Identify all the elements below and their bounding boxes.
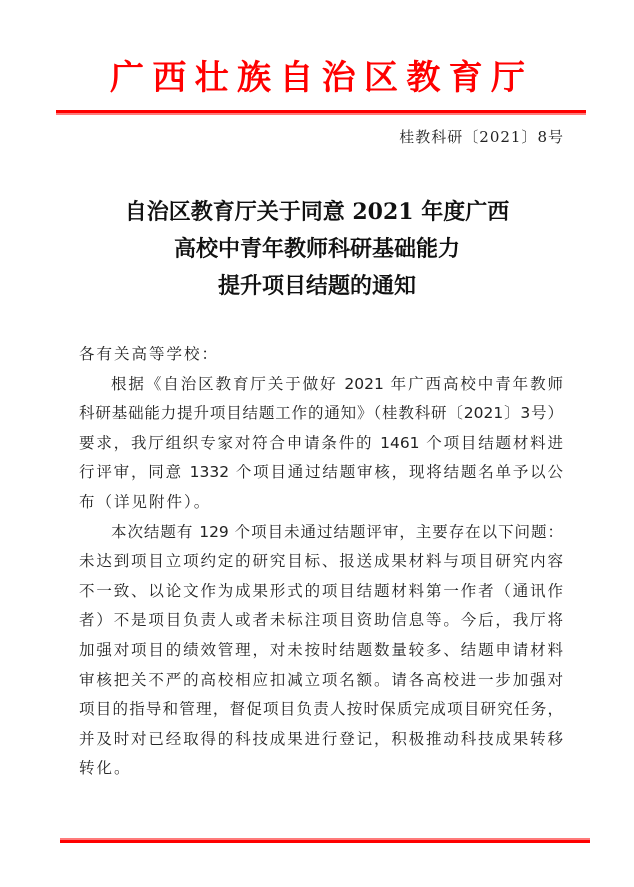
document-title: 自治区教育厅关于同意 2021 年度广西 高校中青年教师科研基础能力 提升项目结…: [100, 194, 534, 305]
paragraph-line: 者）不是项目负责人或者未标注项目资助信息等。今后，我厅将: [79, 606, 563, 636]
header-red-rule: [56, 110, 586, 115]
title-line-2: 高校中青年教师科研基础能力: [100, 231, 534, 268]
paragraph-line: 布（详见附件）。: [79, 488, 563, 518]
document-page: 广西壮族自治区教育厅 桂教科研〔2021〕8号 自治区教育厅关于同意 2021 …: [0, 0, 634, 887]
paragraph-line: 审核把关不严的高校相应扣减立项名额。请各高校进一步加强对: [79, 666, 563, 696]
footer-red-rule: [60, 838, 590, 843]
title-line-1: 自治区教育厅关于同意 2021 年度广西: [100, 194, 534, 231]
salutation: 各有关高等学校：: [79, 340, 563, 370]
title-line-3: 提升项目结题的通知: [100, 268, 534, 305]
paragraph-1: 根据《自治区教育厅关于做好 2021 年广西高校中青年教师 科研基础能力提升项目…: [79, 370, 563, 518]
organization-header: 广西壮族自治区教育厅: [110, 56, 525, 100]
paragraph-line: 行评审，同意 1332 个项目通过结题审核，现将结题名单予以公: [79, 458, 563, 488]
paragraph-line: 要求，我厅组织专家对符合申请条件的 1461 个项目结题材料进: [79, 429, 563, 459]
paragraph-line: 根据《自治区教育厅关于做好 2021 年广西高校中青年教师: [79, 370, 563, 400]
paragraph-line: 未达到项目立项约定的研究目标、报送成果材料与项目研究内容: [79, 547, 563, 577]
paragraph-line: 转化。: [79, 754, 563, 784]
document-number: 桂教科研〔2021〕8号: [399, 126, 564, 147]
paragraph-line: 不一致、以论文作为成果形式的项目结题材料第一作者（通讯作: [79, 577, 563, 607]
paragraph-line: 本次结题有 129 个项目未通过结题评审，主要存在以下问题：: [79, 518, 563, 548]
paragraph-line: 并及时对已经取得的科技成果进行登记，积极推动科技成果转移: [79, 725, 563, 755]
paragraph-line: 项目的指导和管理，督促项目负责人按时保质完成项目研究任务，: [79, 695, 563, 725]
paragraph-line: 加强对项目的绩效管理，对未按时结题数量较多、结题申请材料: [79, 636, 563, 666]
paragraph-2: 本次结题有 129 个项目未通过结题评审，主要存在以下问题： 未达到项目立项约定…: [79, 518, 563, 784]
paragraph-line: 科研基础能力提升项目结题工作的通知》（桂教科研〔2021〕3号）: [79, 399, 563, 429]
document-body: 各有关高等学校： 根据《自治区教育厅关于做好 2021 年广西高校中青年教师 科…: [79, 340, 563, 784]
